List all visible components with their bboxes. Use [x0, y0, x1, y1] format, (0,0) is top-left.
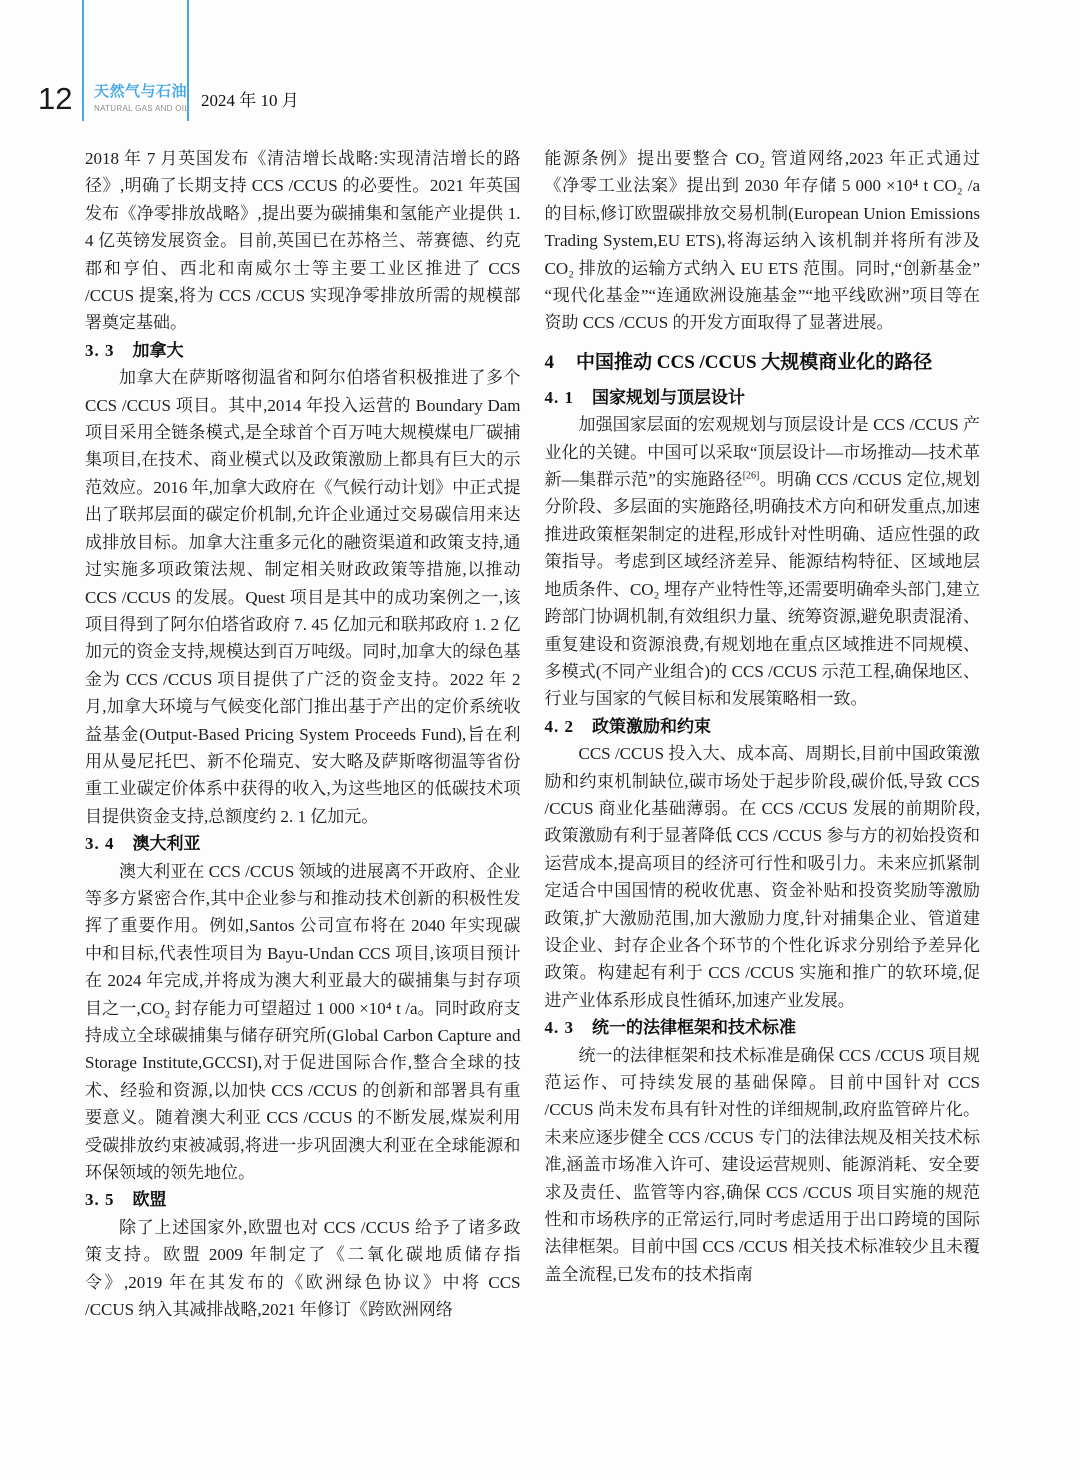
journal-page: 12 天然气与石油 NATURAL GAS AND OIL 2024 年 10 …: [0, 0, 1080, 1480]
section-number: 3. 4: [85, 830, 115, 857]
journal-name-en: NATURAL GAS AND OIL: [94, 103, 184, 115]
section-heading-eu: 3. 5欧盟: [85, 1186, 521, 1213]
paragraph-australia: 澳大利亚在 CCS /CCUS 领域的进展离不开政府、企业等多方紧密合作,其中企…: [85, 858, 521, 1187]
section-number: 4. 3: [545, 1014, 575, 1041]
section-title: 加拿大: [133, 341, 184, 360]
page-number: 12: [38, 82, 72, 116]
paragraph-legal-framework: 统一的法律框架和技术标准是确保 CCS /CCUS 项目规范运作、可持续发展的基…: [545, 1042, 981, 1289]
journal-logo: 天然气与石油 NATURAL GAS AND OIL: [94, 83, 184, 115]
left-column: 2018 年 7 月英国发布《清洁增长战略:实现清洁增长的路径》,明确了长期支持…: [85, 145, 521, 1323]
section-number: 3. 3: [85, 337, 115, 364]
chapter-title: 中国推动 CCS /CCUS 大规模商业化的路径: [576, 352, 932, 373]
citation-ref: [26]: [743, 470, 760, 481]
section-number: 4. 2: [545, 713, 575, 740]
paragraph-policy-incentives: CCS /CCUS 投入大、成本高、周期长,目前中国政策激励和约束机制缺位,碳市…: [545, 740, 981, 1014]
section-heading-national-planning: 4. 1国家规划与顶层设计: [545, 384, 981, 411]
chapter-heading-china-path: 4中国推动 CCS /CCUS 大规模商业化的路径: [545, 348, 981, 378]
section-heading-canada: 3. 3加拿大: [85, 337, 521, 364]
header-rule-left: [82, 0, 84, 121]
paragraph-text: 。明确 CCS /CCUS 定位,规划分阶段、多层面的实施路径,明确技术方向和研…: [545, 470, 981, 708]
section-heading-legal-framework: 4. 3统一的法律框架和技术标准: [545, 1014, 981, 1041]
section-title: 国家规划与顶层设计: [592, 388, 745, 407]
paragraph-uk-continued: 2018 年 7 月英国发布《清洁增长战略:实现清洁增长的路径》,明确了长期支持…: [85, 145, 521, 337]
section-heading-policy-incentives: 4. 2政策激励和约束: [545, 713, 981, 740]
header-rule-right: [187, 0, 189, 121]
section-title: 政策激励和约束: [592, 717, 711, 736]
section-title: 澳大利亚: [133, 834, 201, 853]
journal-name-cn: 天然气与石油: [94, 83, 184, 101]
paragraph-canada: 加拿大在萨斯喀彻温省和阿尔伯塔省积极推进了多个 CCS /CCUS 项目。其中,…: [85, 364, 521, 830]
issue-date: 2024 年 10 月: [201, 90, 299, 112]
section-number: 3. 5: [85, 1186, 115, 1213]
article-body: 2018 年 7 月英国发布《清洁增长战略:实现清洁增长的路径》,明确了长期支持…: [85, 145, 980, 1323]
section-title: 统一的法律框架和技术标准: [592, 1018, 796, 1037]
section-number: 4. 1: [545, 384, 575, 411]
section-title: 欧盟: [133, 1190, 167, 1209]
section-heading-australia: 3. 4澳大利亚: [85, 830, 521, 857]
paragraph-national-planning: 加强国家层面的宏观规划与顶层设计是 CCS /CCUS 产业化的关键。中国可以采…: [545, 411, 981, 712]
paragraph-eu-continued: 能源条例》提出要整合 CO₂ 管道网络,2023 年正式通过《净零工业法案》提出…: [545, 145, 981, 337]
right-column: 能源条例》提出要整合 CO₂ 管道网络,2023 年正式通过《净零工业法案》提出…: [545, 145, 981, 1323]
chapter-number: 4: [545, 348, 555, 378]
paragraph-eu: 除了上述国家外,欧盟也对 CCS /CCUS 给予了诸多政策支持。欧盟 2009…: [85, 1214, 521, 1324]
